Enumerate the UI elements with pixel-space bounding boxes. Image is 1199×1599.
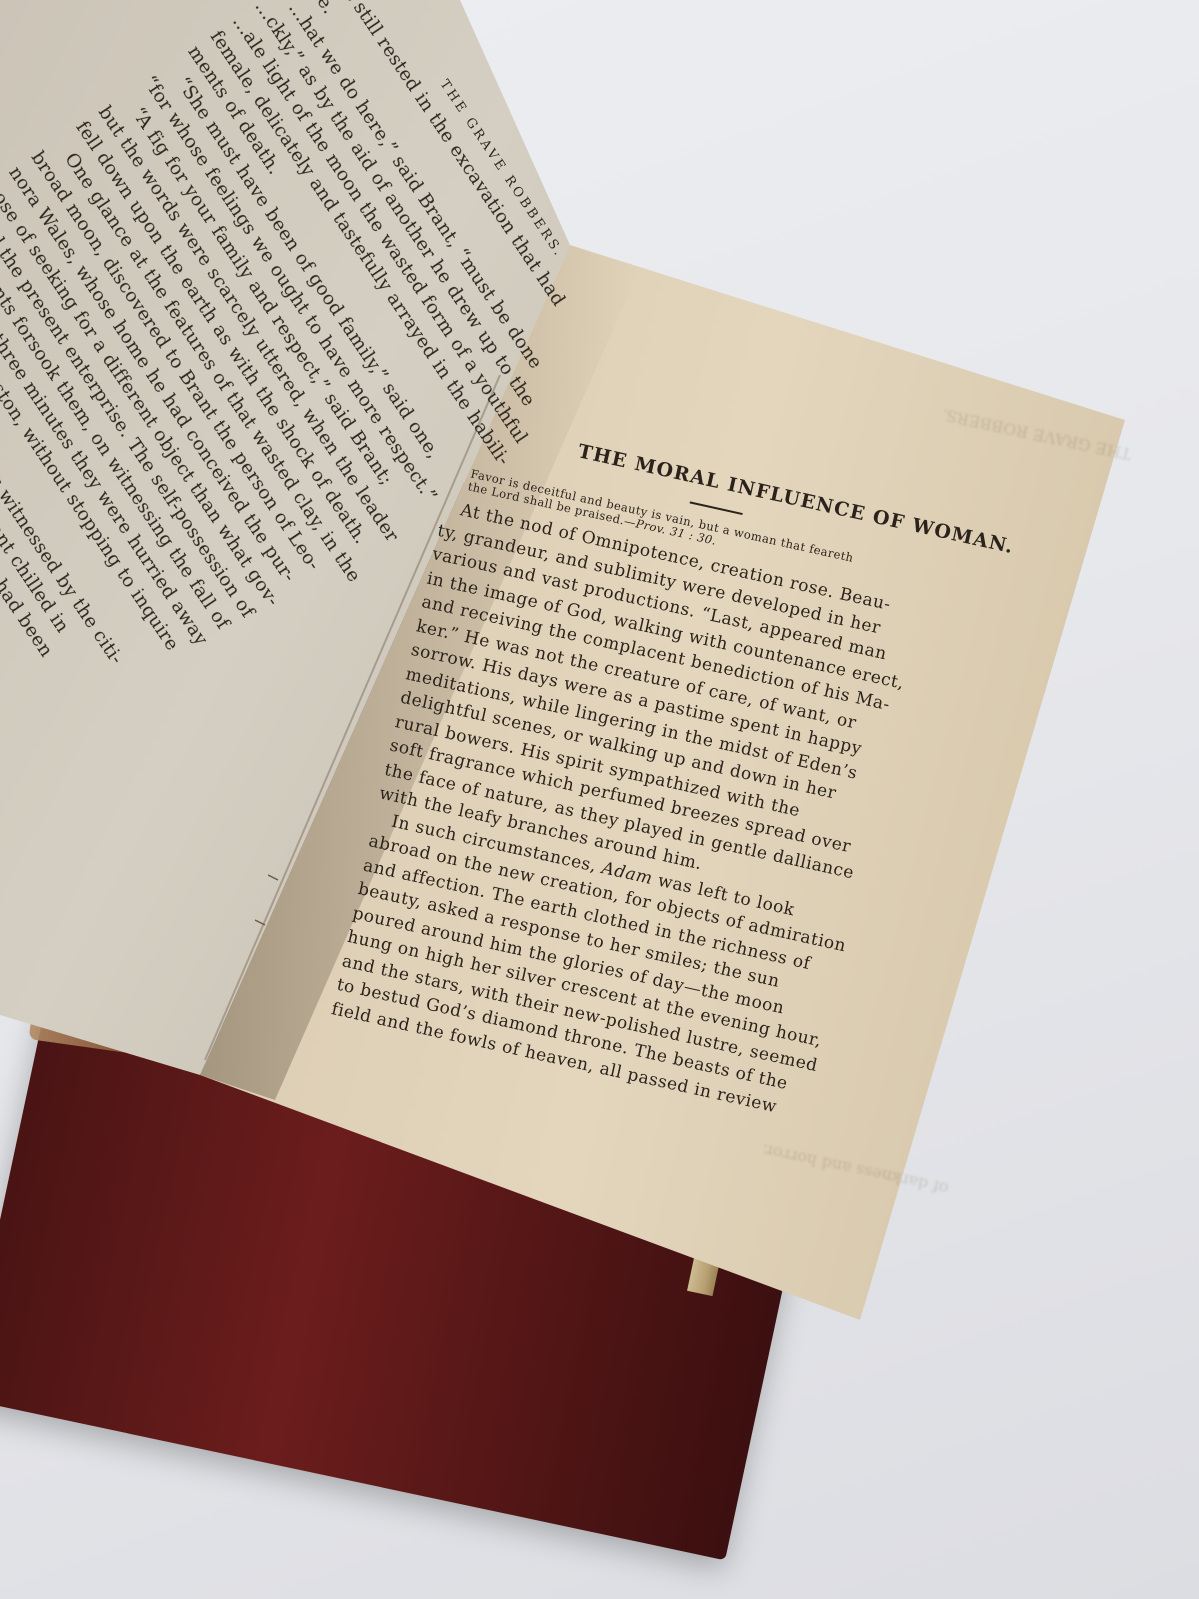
title-rule: [690, 501, 743, 515]
photo-scene: THE GRAVE ROBBERS. of darkness and horro…: [0, 0, 1199, 1599]
